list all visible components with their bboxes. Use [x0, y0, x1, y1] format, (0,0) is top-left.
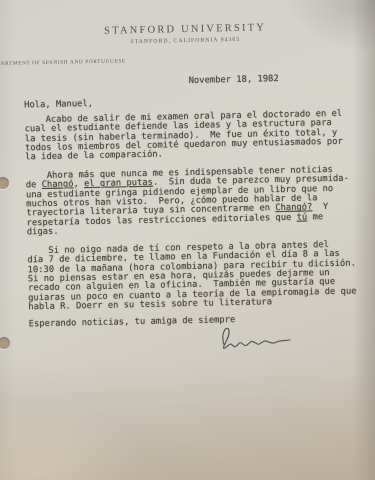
typed-body: November 18, 1982 Hola, Manuel, Acabo de… — [24, 73, 373, 329]
letter-photo: STANFORD UNIVERSITY STANFORD, CALIFORNIA… — [0, 0, 375, 480]
paragraph: Acabo de salir de mi examen oral para el… — [24, 109, 369, 163]
paragraph: Si no oigo nada de tí con respeto a la o… — [27, 240, 372, 313]
letter-content: STANFORD UNIVERSITY STANFORD, CALIFORNIA… — [0, 0, 375, 480]
letterhead-department: DEPARTMENT OF SPANISH AND PORTUGUESE — [0, 58, 126, 67]
paragraph: Ahora más que nunca me es indispensable … — [26, 165, 371, 238]
closing-line: Esperando noticias, tu amiga de siempre — [29, 313, 373, 330]
date-line: November 18, 1982 — [24, 73, 368, 90]
handwritten-signature — [212, 320, 308, 360]
letter-paragraphs: Acabo de salir de mi examen oral para el… — [24, 109, 372, 313]
